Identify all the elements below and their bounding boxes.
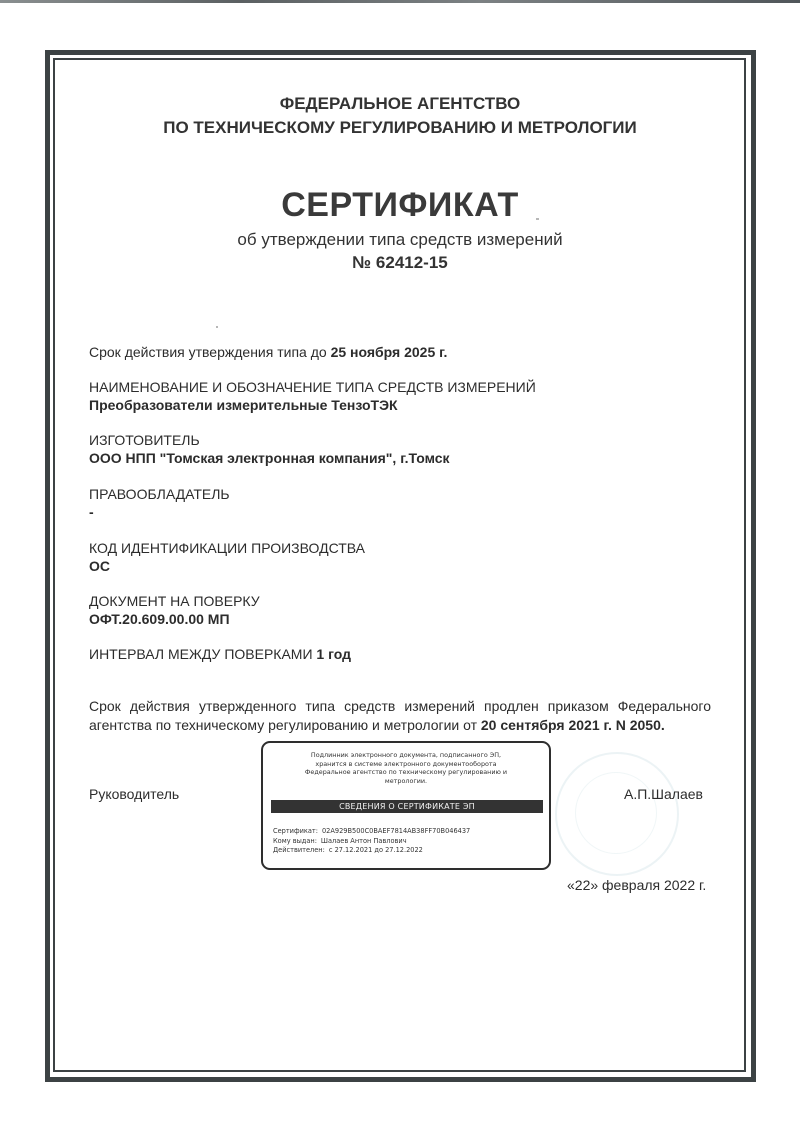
- stamp-issued-to-row: Кому выдан:Шалаев Антон Павлович: [273, 837, 470, 847]
- interval-value: 1 год: [316, 646, 351, 662]
- stamp-issued-to-value: Шалаев Антон Павлович: [321, 837, 407, 845]
- stamp-notice-line: Подлинник электронного документа, подпис…: [269, 751, 543, 760]
- extension-notice: Срок действия утвержденного типа средств…: [89, 697, 711, 735]
- stamp-valid-value: с 27.12.2021 до 27.12.2022: [329, 846, 423, 854]
- rights-holder-value: -: [89, 503, 94, 521]
- signer-name: А.П.Шалаев: [624, 786, 703, 802]
- scan-speck: [536, 218, 539, 220]
- signer-role: Руководитель: [89, 786, 179, 802]
- stamp-notice: Подлинник электронного документа, подпис…: [269, 751, 543, 785]
- stamp-notice-line: метрологии.: [269, 777, 543, 786]
- certificate-subtitle: об утверждении типа средств измерений: [0, 230, 800, 250]
- stamp-certificate-value: 02A929B500C0BAEF7814AB38FF70B046437: [322, 827, 470, 835]
- agency-name-line1: ФЕДЕРАЛЬНОЕ АГЕНТСТВО: [0, 92, 800, 116]
- scan-edge: [0, 0, 800, 3]
- validity-statement: Срок действия утверждения типа до 25 ноя…: [89, 343, 447, 361]
- stamp-certificate-row: Сертификат:02A929B500C0BAEF7814AB38FF70B…: [273, 827, 470, 837]
- official-seal-inner-ring: [575, 772, 657, 854]
- verification-doc-value: ОФТ.20.609.00.00 МП: [89, 610, 230, 628]
- production-code-label: КОД ИДЕНТИФИКАЦИИ ПРОИЗВОДСТВА: [89, 539, 365, 557]
- validity-date: 25 ноября 2025 г.: [331, 344, 448, 360]
- stamp-banner: СВЕДЕНИЯ О СЕРТИФИКАТЕ ЭП: [271, 800, 543, 813]
- stamp-issued-to-label: Кому выдан:: [273, 837, 317, 845]
- extension-order: 20 сентября 2021 г. N 2050.: [481, 717, 665, 733]
- type-name-value: Преобразователи измерительные ТензоТЭК: [89, 396, 398, 414]
- verification-doc-label: ДОКУМЕНТ НА ПОВЕРКУ: [89, 592, 260, 610]
- stamp-details: Сертификат:02A929B500C0BAEF7814AB38FF70B…: [273, 827, 470, 856]
- extension-line2-prefix: агентства по техническому регулированию …: [89, 717, 481, 733]
- signing-date: «22» февраля 2022 г.: [567, 877, 706, 893]
- stamp-valid-row: Действителен:с 27.12.2021 до 27.12.2022: [273, 846, 470, 856]
- manufacturer-label: ИЗГОТОВИТЕЛЬ: [89, 431, 200, 449]
- scan-speck: [216, 326, 218, 328]
- stamp-notice-line: Федеральное агентство по техническому ре…: [269, 768, 543, 777]
- extension-line1: Срок действия утвержденного типа средств…: [89, 697, 711, 716]
- stamp-certificate-label: Сертификат:: [273, 827, 318, 835]
- stamp-notice-line: хранится в системе электронного документ…: [269, 760, 543, 769]
- certificate-number: № 62412-15: [0, 253, 800, 273]
- agency-name-line2: ПО ТЕХНИЧЕСКОМУ РЕГУЛИРОВАНИЮ И МЕТРОЛОГ…: [0, 116, 800, 140]
- verification-interval: ИНТЕРВАЛ МЕЖДУ ПОВЕРКАМИ 1 год: [89, 645, 351, 663]
- stamp-valid-label: Действителен:: [273, 846, 325, 854]
- certificate-title: СЕРТИФИКАТ: [0, 186, 800, 225]
- interval-label: ИНТЕРВАЛ МЕЖДУ ПОВЕРКАМИ: [89, 646, 316, 662]
- production-code-value: ОС: [89, 557, 110, 575]
- e-signature-stamp: Подлинник электронного документа, подпис…: [261, 741, 551, 870]
- rights-holder-label: ПРАВООБЛАДАТЕЛЬ: [89, 485, 230, 503]
- validity-prefix: Срок действия утверждения типа до: [89, 344, 331, 360]
- manufacturer-value: ООО НПП "Томская электронная компания", …: [89, 449, 450, 467]
- type-name-label: НАИМЕНОВАНИЕ И ОБОЗНАЧЕНИЕ ТИПА СРЕДСТВ …: [89, 378, 536, 396]
